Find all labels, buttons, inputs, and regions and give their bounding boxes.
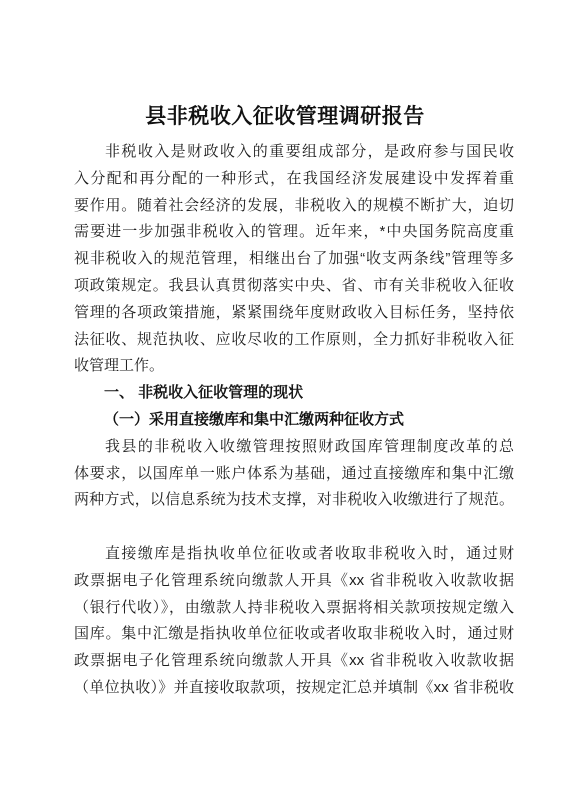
paragraph3-line-5: 政票据电子化管理系统向缴款人开具《xx 省非税收入收款收据: [74, 648, 514, 675]
document-body: 非税收入是财政收入的重要组成部分，是政府参与国民收 入分配和再分配的一种形式，在…: [74, 139, 514, 702]
paragraph2-line-3: 两种方式，以信息系统为技术支撑，对非税收入收缴进行了规范。: [74, 487, 514, 514]
paragraph3-line-2: 政票据电子化管理系统向缴款人开具《xx 省非税收入收款收据: [74, 568, 514, 595]
paragraph1-line-6: 项政策规定。我县认真贯彻落实中央、省、市有关非税收入征收: [74, 273, 514, 300]
paragraph3-line-3: （银行代收）》，由缴款人持非税收入票据将相关款项按规定缴入: [74, 595, 514, 622]
blank-line: [74, 514, 514, 541]
paragraph1-line-9: 收管理工作。: [74, 353, 514, 380]
paragraph1-line-2: 入分配和再分配的一种形式，在我国经济发展建设中发挥着重: [74, 166, 514, 193]
paragraph1-line-3: 要作用。随着社会经济的发展，非税收入的规模不断扩大，迫切: [74, 193, 514, 220]
paragraph2-line-2: 体要求，以国库单一账户体系为基础，通过直接缴库和集中汇缴: [74, 461, 514, 488]
paragraph1-line-5: 视非税收入的规范管理，相继出台了加强“收支两条线”管理等多: [74, 246, 514, 273]
section-heading: 一、 非税收入征收管理的现状: [74, 380, 514, 407]
paragraph2-line-1: 我县的非税收入收缴管理按照财政国库管理制度改革的总: [74, 434, 514, 461]
document-title: 县非税收入征收管理调研报告: [0, 102, 570, 132]
paragraph1-line-7: 管理的各项政策措施，紧紧围绕年度财政收入目标任务，坚持依: [74, 300, 514, 327]
paragraph3-line-1: 直接缴库是指执收单位征收或者收取非税收入时，通过财: [74, 541, 514, 568]
subsection-heading: （一）采用直接缴库和集中汇缴两种征收方式: [74, 407, 514, 434]
document-page: 县非税收入征收管理调研报告 非税收入是财政收入的重要组成部分，是政府参与国民收 …: [0, 0, 570, 807]
paragraph3-line-6: （单位执收）》并直接收取款项，按规定汇总并填制《xx 省非税收: [74, 675, 514, 702]
paragraph1-line-8: 法征收、规范执收、应收尽收的工作原则，全力抓好非税收入征: [74, 327, 514, 354]
paragraph3-line-4: 国库。集中汇缴是指执收单位征收或者收取非税收入时，通过财: [74, 621, 514, 648]
paragraph1-line-4: 需要进一步加强非税收入的管理。近年来，*中央国务院高度重: [74, 219, 514, 246]
paragraph1-line-1: 非税收入是财政收入的重要组成部分，是政府参与国民收: [74, 139, 514, 166]
